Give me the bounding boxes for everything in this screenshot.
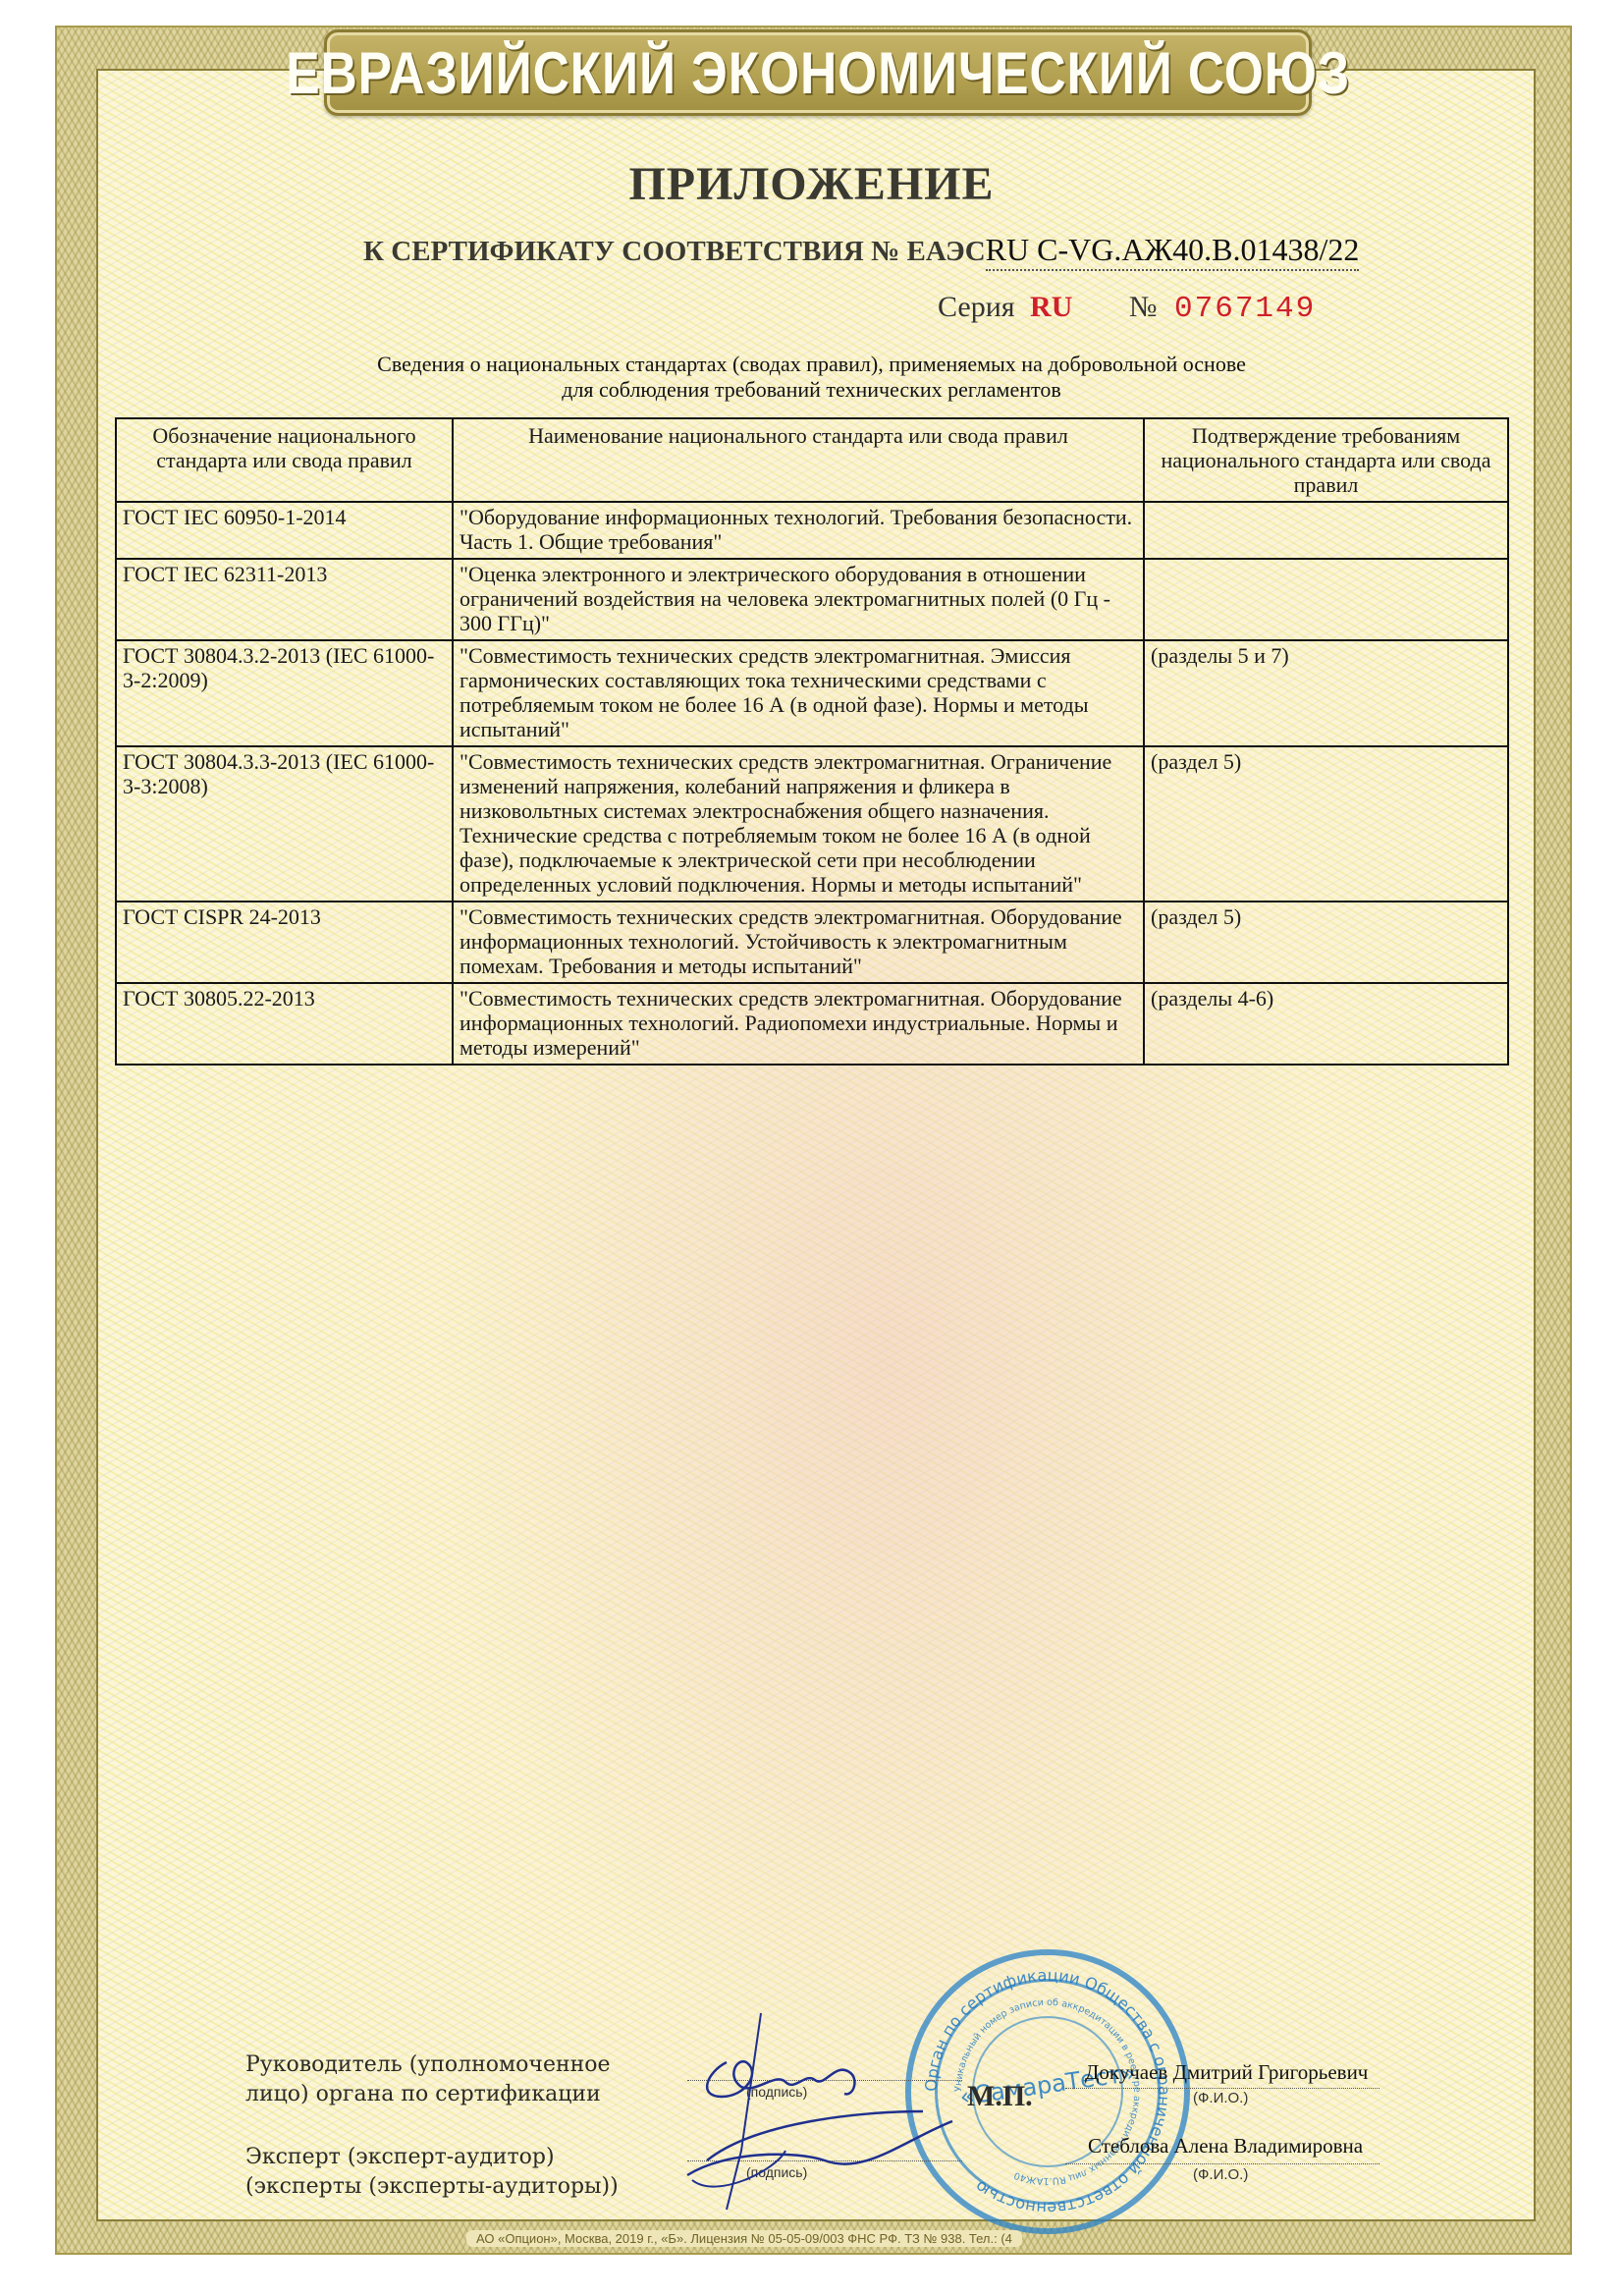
table-row: ГОСТ 30804.3.2-2013 (IEC 61000-3-2:2009)… [116,640,1508,746]
intro-line-1: Сведения о национальных стандартах (свод… [0,352,1623,377]
printer-imprint: АО «Опцион», Москва, 2019 г., «Б». Лицен… [466,2230,1022,2247]
standard-confirmation: (раздел 5) [1144,902,1508,983]
table-header-row: Обозначение национального стандарта или … [116,418,1508,502]
series-code: RU [1030,291,1072,323]
blank-series: Серия RU № 0767149 [938,291,1316,326]
certificate-prefix: К СЕРТИФИКАТУ СООТВЕТСТВИЯ № ЕАЭС [363,236,986,267]
number-sign: № [1129,291,1158,323]
standard-confirmation [1144,502,1508,559]
standard-name: "Оборудование информационных технологий.… [453,502,1144,559]
standards-table: Обозначение национального стандарта или … [115,417,1509,1066]
certificate-number: RU C-VG.АЖ40.В.01438/22 [986,232,1360,271]
standard-code: ГОСТ 30804.3.2-2013 (IEC 61000-3-2:2009) [116,640,453,746]
head-of-body-label: Руководитель (уполномоченное лицо) орган… [245,2050,611,2109]
series-label: Серия [938,291,1015,323]
head-name-line [1065,2088,1380,2089]
expert-label: Эксперт (эксперт-аудитор) (эксперты (экс… [245,2143,619,2202]
standard-name: "Оценка электронного и электрического об… [453,559,1144,640]
expert-fio-caption: (Ф.И.О.) [1193,2166,1248,2183]
union-banner-text: ЕВРАЗИЙСКИЙ ЭКОНОМИЧЕСКИЙ СОЮЗ [286,39,1350,107]
blank-number: 0767149 [1174,292,1316,326]
standard-name: "Совместимость технических средств элект… [453,746,1144,902]
table-row: ГОСТ 30804.3.3-2013 (IEC 61000-3-3:2008)… [116,746,1508,902]
table-row: ГОСТ 30805.22-2013 "Совместимость технич… [116,983,1508,1065]
header-confirmation: Подтверждение требованиям национального … [1144,418,1508,502]
intro-line-2: для соблюдения требований технических ре… [0,377,1623,403]
standard-code: ГОСТ CISPR 24-2013 [116,902,453,983]
intro-text: Сведения о национальных стандартах (свод… [0,352,1623,403]
standard-confirmation: (разделы 5 и 7) [1144,640,1508,746]
header-designation: Обозначение национального стандарта или … [116,418,453,502]
standard-code: ГОСТ IEC 60950-1-2014 [116,502,453,559]
union-banner: ЕВРАЗИЙСКИЙ ЭКОНОМИЧЕСКИЙ СОЮЗ [324,29,1312,116]
head-label-line-1: Руководитель (уполномоченное [245,2050,611,2080]
expert-label-line-2: (эксперты (эксперты-аудиторы)) [245,2172,619,2202]
standard-code: ГОСТ 30805.22-2013 [116,983,453,1065]
standard-name: "Совместимость технических средств элект… [453,902,1144,983]
table-row: ГОСТ IEC 60950-1-2014 "Оборудование инфо… [116,502,1508,559]
header-name: Наименование национального стандарта или… [453,418,1144,502]
table-row: ГОСТ CISPR 24-2013 "Совместимость технич… [116,902,1508,983]
head-fio-caption: (Ф.И.О.) [1193,2090,1248,2106]
expert-label-line-1: Эксперт (эксперт-аудитор) [245,2143,619,2172]
standard-confirmation [1144,559,1508,640]
certificate-reference: К СЕРТИФИКАТУ СООТВЕТСТВИЯ № ЕАЭСRU C-VG… [363,232,1359,268]
standard-confirmation: (разделы 4-6) [1144,983,1508,1065]
stamp-place-label: М.П. [967,2080,1033,2113]
standard-name: "Совместимость технических средств элект… [453,640,1144,746]
standard-confirmation: (раздел 5) [1144,746,1508,902]
head-full-name: Докучаев Дмитрий Григорьевич [1085,2060,1368,2085]
handwritten-signature-icon [668,2003,962,2219]
standard-name: "Совместимость технических средств элект… [453,983,1144,1065]
standard-code: ГОСТ IEC 62311-2013 [116,559,453,640]
expert-full-name: Стеблова Алена Владимировна [1088,2134,1363,2159]
head-label-line-2: лицо) органа по сертификации [245,2080,611,2109]
expert-name-line [1065,2163,1380,2164]
table-row: ГОСТ IEC 62311-2013 "Оценка электронного… [116,559,1508,640]
standard-code: ГОСТ 30804.3.3-2013 (IEC 61000-3-3:2008) [116,746,453,902]
document-title: ПРИЛОЖЕНИЕ [0,157,1623,211]
